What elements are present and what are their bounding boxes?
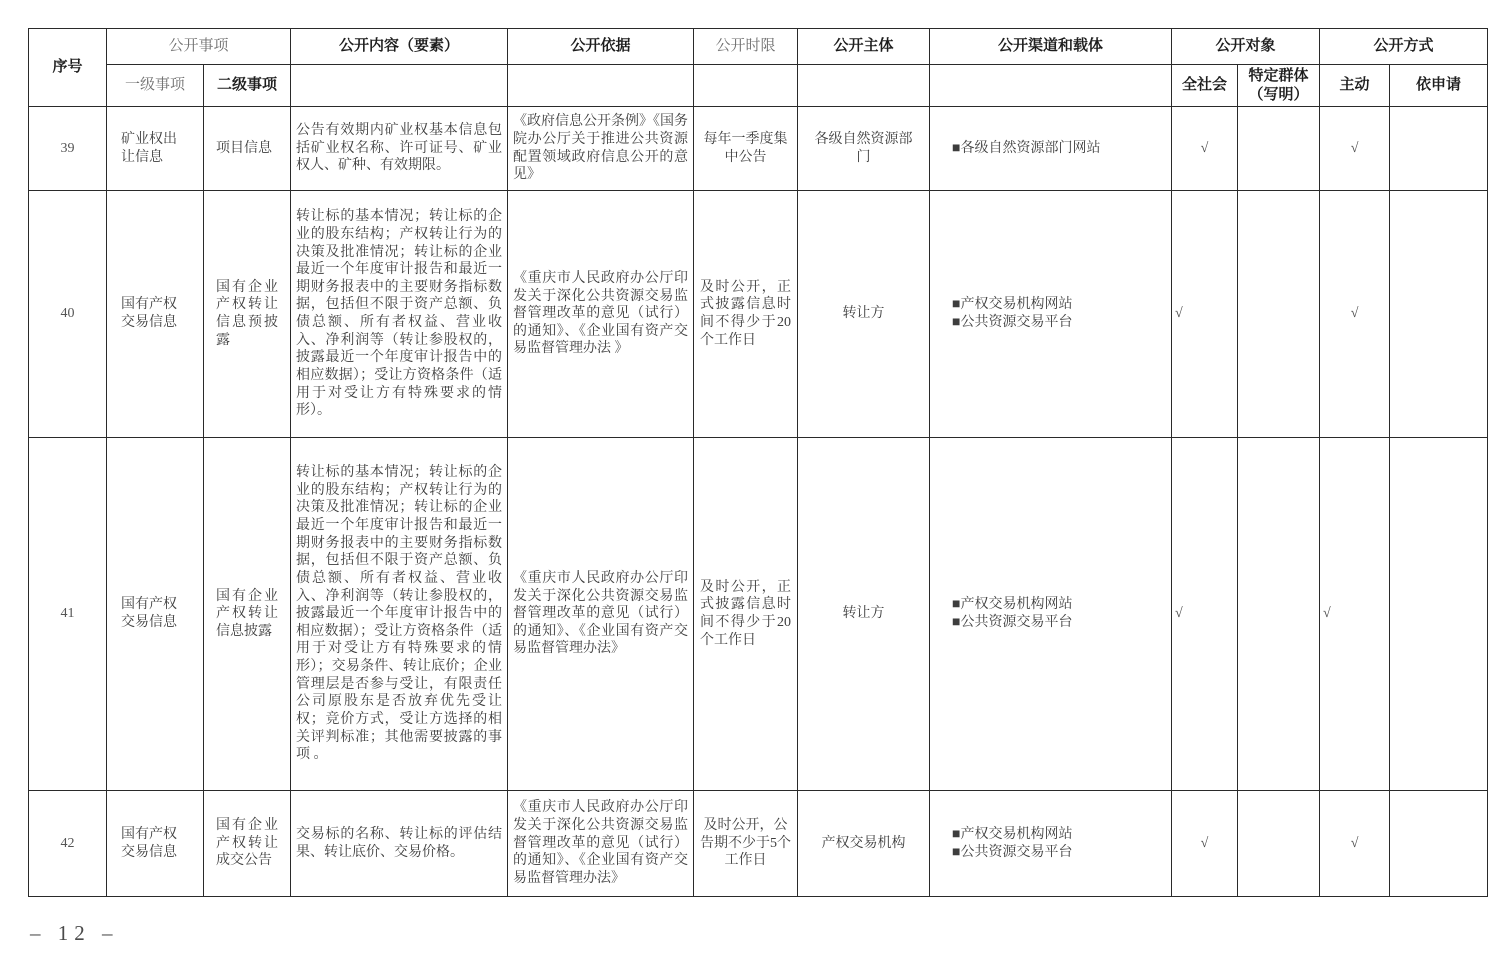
page-number: – 12 – — [30, 921, 119, 946]
empty-subheader-cell — [291, 65, 508, 107]
check-on-request-cell — [1390, 107, 1488, 191]
table-row: 40 国有产权交易信息 国有企业产权转让信息预披露 转让标的基本情况；转让标的企… — [29, 191, 1488, 438]
channels-header: 公开渠道和载体 — [930, 29, 1172, 65]
method-active-header: 主动 — [1320, 65, 1390, 107]
method-on-request-header: 依申请 — [1390, 65, 1488, 107]
seq-cell: 40 — [29, 191, 107, 438]
basis-cell: 《政府信息公开条例》《国务院办公厅关于推进公共资源配置领域政府信息公开的意见》 — [508, 107, 694, 191]
subject-header: 公开主体 — [798, 29, 930, 65]
time-limit-header: 公开时限 — [694, 29, 798, 65]
level2-cell: 国有企业产权转让信息预披露 — [204, 191, 291, 438]
check-on-request-cell — [1390, 191, 1488, 438]
time-limit-cell: 每年一季度集中公告 — [694, 107, 798, 191]
channels-cell: ■产权交易机构网站 ■公共资源交易平台 — [930, 438, 1172, 791]
level2-header: 二级事项 — [204, 65, 291, 107]
basis-cell: 《重庆市人民政府办公厅印发关于深化公共资源交易监督管理改革的意见（试行）的通知》… — [508, 791, 694, 897]
table-row: 39 矿业权出让信息 项目信息 公告有效期内矿业权基本信息包括矿业权名称、许可证… — [29, 107, 1488, 191]
method-group-header: 公开方式 — [1320, 29, 1488, 65]
basis-header: 公开依据 — [508, 29, 694, 65]
empty-subheader-cell — [694, 65, 798, 107]
content-header: 公开内容（要素） — [291, 29, 508, 65]
check-all-society-cell: √ — [1172, 438, 1238, 791]
check-specific-group-cell — [1238, 191, 1320, 438]
level1-cell: 矿业权出让信息 — [107, 107, 204, 191]
subject-cell: 产权交易机构 — [798, 791, 930, 897]
table-row: 42 国有产权交易信息 国有企业产权转让成交公告 交易标的名称、转让标的评估结果… — [29, 791, 1488, 897]
content-cell: 转让标的基本情况；转让标的企业的股东结构；产权转让行为的决策及批准情况；转让标的… — [291, 191, 508, 438]
channels-cell: ■产权交易机构网站 ■公共资源交易平台 — [930, 791, 1172, 897]
check-on-request-cell — [1390, 791, 1488, 897]
check-all-society-cell: √ — [1172, 107, 1238, 191]
level2-cell: 国有企业产权转让信息披露 — [204, 438, 291, 791]
level1-cell: 国有产权交易信息 — [107, 791, 204, 897]
table-row: 41 国有产权交易信息 国有企业产权转让信息披露 转让标的基本情况；转让标的企业… — [29, 438, 1488, 791]
content-cell: 交易标的名称、转让标的评估结果、转让底价、交易价格。 — [291, 791, 508, 897]
seq-cell: 42 — [29, 791, 107, 897]
target-all-header: 全社会 — [1172, 65, 1238, 107]
seq-cell: 39 — [29, 107, 107, 191]
check-specific-group-cell — [1238, 791, 1320, 897]
level2-cell: 国有企业产权转让成交公告 — [204, 791, 291, 897]
content-cell: 公告有效期内矿业权基本信息包括矿业权名称、许可证号、矿业权人、矿种、有效期限。 — [291, 107, 508, 191]
level2-cell: 项目信息 — [204, 107, 291, 191]
check-specific-group-cell — [1238, 438, 1320, 791]
check-active-cell: √ — [1320, 191, 1390, 438]
check-all-society-cell: √ — [1172, 791, 1238, 897]
document-page: 序号 公开事项 公开内容（要素） 公开依据 公开时限 公开主体 公开渠道和载体 … — [0, 0, 1508, 969]
basis-cell: 《重庆市人民政府办公厅印发关于深化公共资源交易监督管理改革的意见（试行）的通知》… — [508, 438, 694, 791]
level1-header: 一级事项 — [107, 65, 204, 107]
time-limit-cell: 及时公开，公告期不少于5个工作日 — [694, 791, 798, 897]
time-limit-cell: 及时公开，正式披露信息时间不得少于20个工作日 — [694, 438, 798, 791]
target-group-header: 公开对象 — [1172, 29, 1320, 65]
empty-subheader-cell — [508, 65, 694, 107]
level1-cell: 国有产权交易信息 — [107, 438, 204, 791]
header-row-1: 序号 公开事项 公开内容（要素） 公开依据 公开时限 公开主体 公开渠道和载体 … — [29, 29, 1488, 65]
check-all-society-cell: √ — [1172, 191, 1238, 438]
check-active-cell: √ — [1320, 107, 1390, 191]
matter-group-header: 公开事项 — [107, 29, 291, 65]
check-active-cell: √ — [1320, 791, 1390, 897]
seq-cell: 41 — [29, 438, 107, 791]
header-row-2: 一级事项 二级事项 全社会 特定群体 （写明） 主动 依申请 — [29, 65, 1488, 107]
disclosure-table: 序号 公开事项 公开内容（要素） 公开依据 公开时限 公开主体 公开渠道和载体 … — [28, 28, 1488, 897]
channels-cell: ■产权交易机构网站 ■公共资源交易平台 — [930, 191, 1172, 438]
check-active-cell: √ — [1320, 438, 1390, 791]
empty-subheader-cell — [798, 65, 930, 107]
target-specific-header: 特定群体 （写明） — [1238, 65, 1320, 107]
subject-cell: 各级自然资源部门 — [798, 107, 930, 191]
subject-cell: 转让方 — [798, 191, 930, 438]
seq-header: 序号 — [29, 29, 107, 107]
basis-cell: 《重庆市人民政府办公厅印发关于深化公共资源交易监督管理改革的意见（试行）的通知》… — [508, 191, 694, 438]
time-limit-cell: 及时公开，正式披露信息时间不得少于20个工作日 — [694, 191, 798, 438]
level1-cell: 国有产权交易信息 — [107, 191, 204, 438]
subject-cell: 转让方 — [798, 438, 930, 791]
check-specific-group-cell — [1238, 107, 1320, 191]
content-cell: 转让标的基本情况；转让标的企业的股东结构；产权转让行为的决策及批准情况；转让标的… — [291, 438, 508, 791]
channels-cell: ■各级自然资源部门网站 — [930, 107, 1172, 191]
empty-subheader-cell — [930, 65, 1172, 107]
check-on-request-cell — [1390, 438, 1488, 791]
